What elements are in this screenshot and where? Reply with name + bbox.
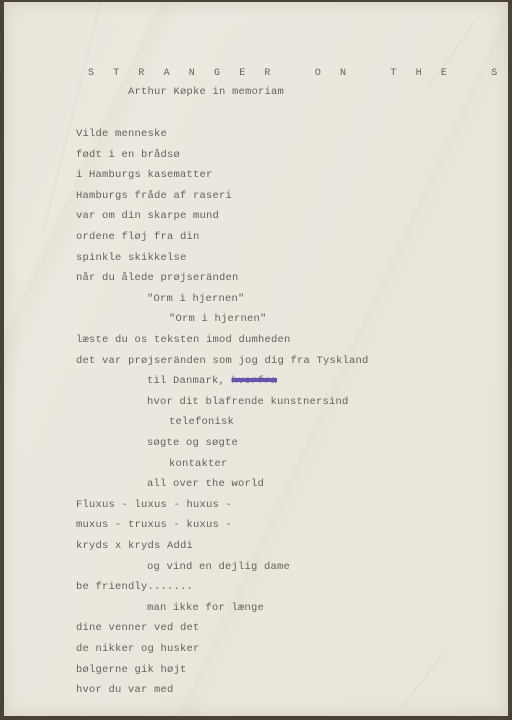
- poem-line-text: Fluxus - luxus - huxus -: [76, 499, 232, 511]
- poem-line: all over the world: [147, 478, 264, 490]
- poem-line: de nikker og husker: [76, 643, 200, 655]
- poem-line: var om din skarpe mund: [76, 210, 219, 222]
- poem-line-text: "Orm i hjernen": [147, 293, 245, 305]
- poem-line-text: kontakter: [169, 458, 228, 470]
- poem-line-text: Hamburgs fråde af raseri: [76, 190, 232, 202]
- poem-line-text: spinkle skikkelse: [76, 252, 187, 264]
- poem-line: i Hamburgs kasematter: [76, 169, 213, 181]
- poem-line-text: muxus - truxus - kuxus -: [76, 519, 232, 531]
- poem-line: Hamburgs fråde af raseri: [76, 190, 232, 202]
- poem-line: muxus - truxus - kuxus -: [76, 519, 232, 531]
- poem-line: man ikke for længe: [147, 602, 264, 614]
- poem-line: Fluxus - luxus - huxus -: [76, 499, 232, 511]
- poem-line-text: telefonisk: [169, 416, 234, 428]
- poem-line-text: hvor dit blafrende kunstnersind: [147, 396, 349, 408]
- poem-line: det var prøjseränden som jog dig fra Tys…: [76, 355, 369, 367]
- poem-line: ordene fløj fra din: [76, 231, 200, 243]
- poem-line-text: læste du os teksten imod dumheden: [76, 334, 291, 346]
- poem-line: og vind en dejlig dame: [147, 561, 290, 573]
- poem-line: søgte og søgte: [147, 437, 238, 449]
- poem-line: hvor dit blafrende kunstnersind: [147, 396, 349, 408]
- poem-line: kryds x kryds Addi: [76, 540, 193, 552]
- poem-dedication: Arthur Køpke in memoriam: [128, 86, 284, 98]
- typewritten-page: S T R A N G E R O N T H E S H O R E Arth…: [4, 2, 508, 716]
- poem-line: dine venner ved det: [76, 622, 200, 634]
- poem-line: telefonisk: [169, 416, 234, 428]
- poem-line-text: Vilde menneske: [76, 128, 167, 140]
- poem-line-text: kryds x kryds Addi: [76, 540, 193, 552]
- poem-line-text: hvor du var med: [76, 684, 174, 696]
- poem-line: hvor du var med: [76, 684, 174, 696]
- poem-line: bølgerne gik højt: [76, 664, 187, 676]
- poem-line-text: når du ålede prøjseränden: [76, 272, 239, 284]
- poem-line-text: i Hamburgs kasematter: [76, 169, 213, 181]
- poem-line: "Orm i hjernen": [147, 293, 245, 305]
- poem-line-text: til Danmark,: [147, 375, 232, 387]
- poem-line-text: all over the world: [147, 478, 264, 490]
- poem-line-text: søgte og søgte: [147, 437, 238, 449]
- poem-title: S T R A N G E R O N T H E S H O R E: [88, 68, 512, 79]
- poem-line-text: bølgerne gik højt: [76, 664, 187, 676]
- poem-line-text: ordene fløj fra din: [76, 231, 200, 243]
- poem-line-text: var om din skarpe mund: [76, 210, 219, 222]
- poem-line: født i en brådsø: [76, 149, 180, 161]
- poem-line-text: født i en brådsø: [76, 149, 180, 161]
- poem-line: til Danmark, hvorfra: [147, 375, 277, 387]
- poem-line-text: de nikker og husker: [76, 643, 200, 655]
- poem-line-text: dine venner ved det: [76, 622, 200, 634]
- poem-line-text: man ikke for længe: [147, 602, 264, 614]
- paper-crease: [401, 652, 445, 708]
- struck-out-word: hvorfra: [232, 375, 278, 387]
- poem-line: Vilde menneske: [76, 128, 167, 140]
- poem-line: "Orm i hjernen": [169, 313, 267, 325]
- poem-line-text: "Orm i hjernen": [169, 313, 267, 325]
- poem-line: be friendly.......: [76, 581, 193, 593]
- poem-line: læste du os teksten imod dumheden: [76, 334, 291, 346]
- poem-line: når du ålede prøjseränden: [76, 272, 239, 284]
- poem-line-text: det var prøjseränden som jog dig fra Tys…: [76, 355, 369, 367]
- poem-line: kontakter: [169, 458, 228, 470]
- poem-line: spinkle skikkelse: [76, 252, 187, 264]
- poem-line-text: og vind en dejlig dame: [147, 561, 290, 573]
- poem-line-text: be friendly.......: [76, 581, 193, 593]
